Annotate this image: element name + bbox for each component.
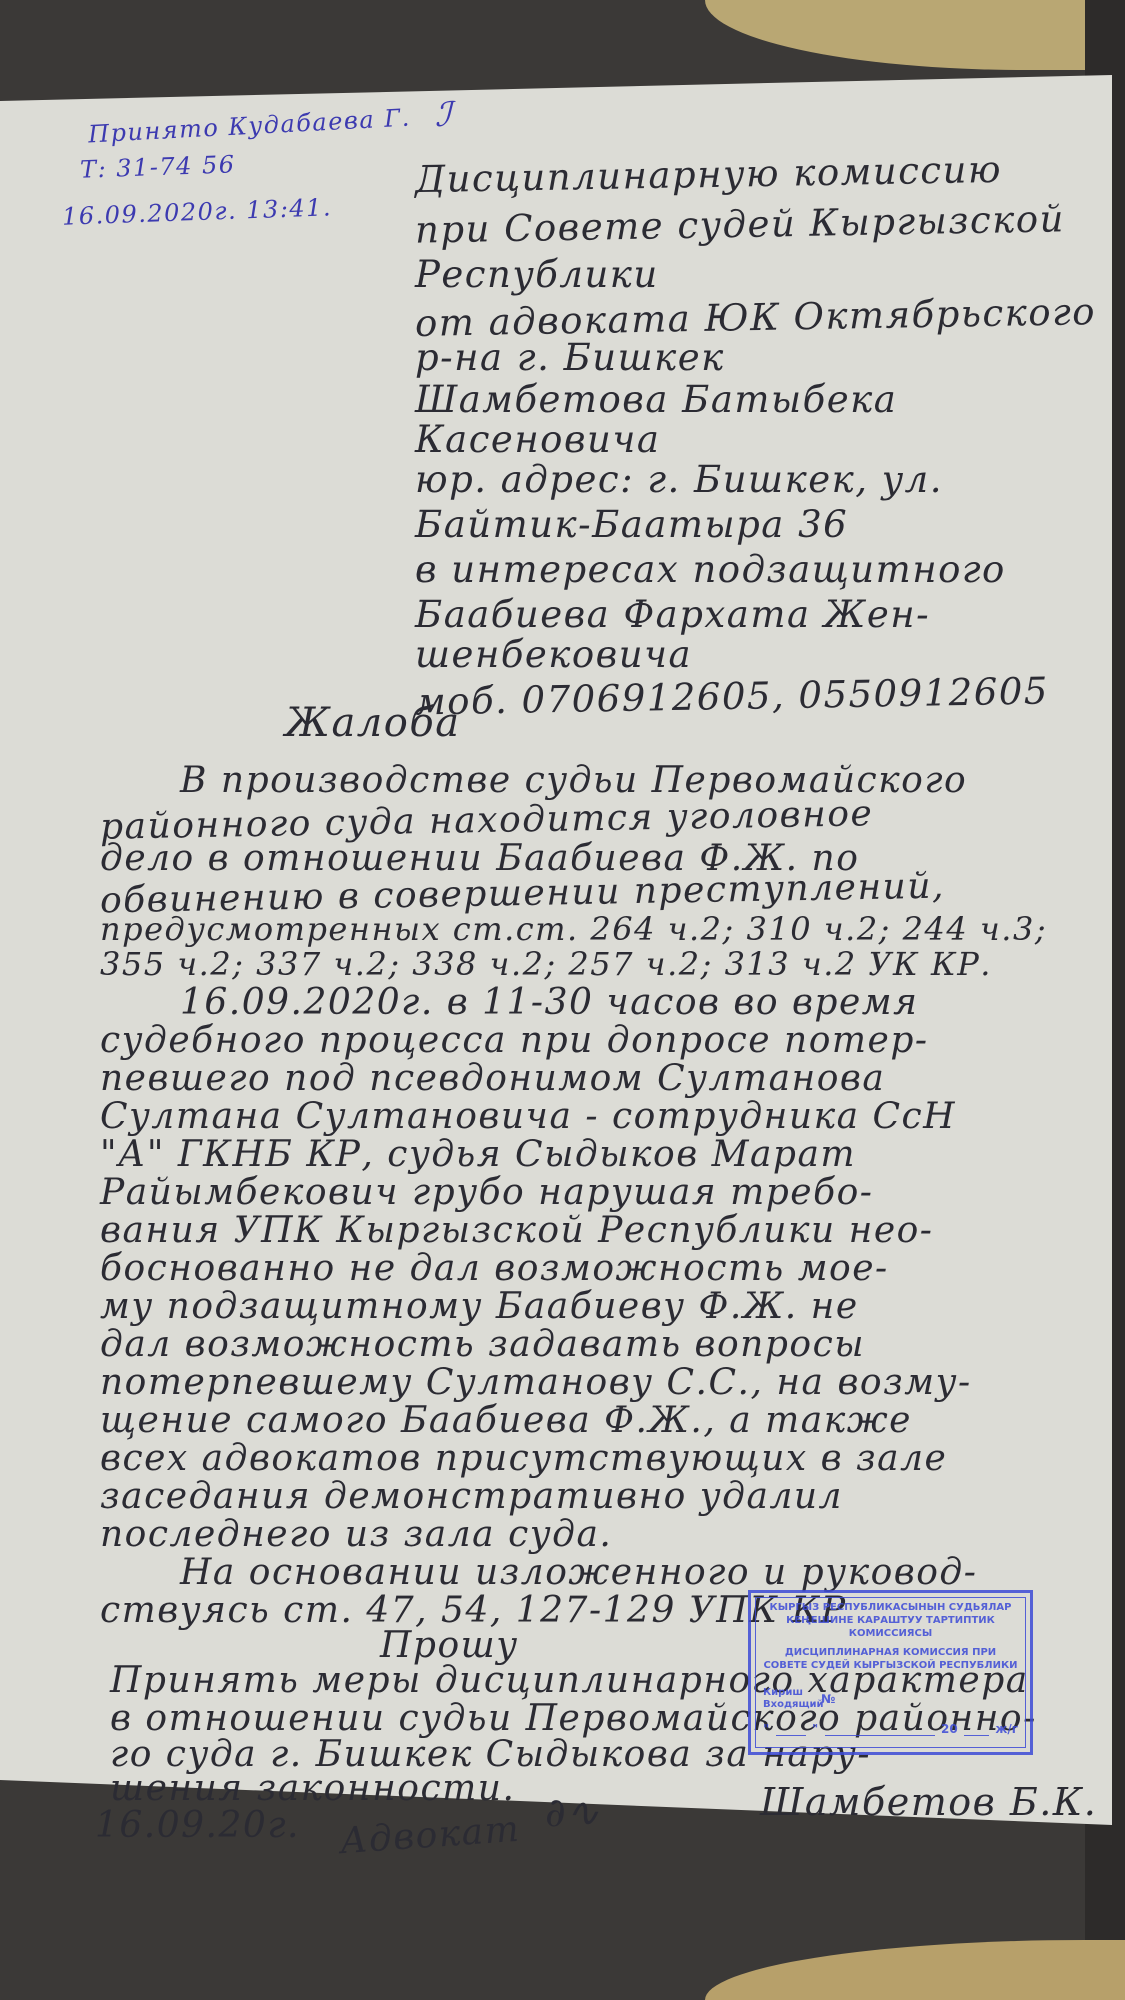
registration-stamp: КЫРГЫЗ РЕСПУБЛИКАСЫНЫН СУДЬЯЛАР КЕҢЕШИНЕ…	[748, 1590, 1033, 1755]
stamp-reg-label: Кириш	[763, 1687, 824, 1699]
stamp-org-line: ДИСЦИПЛИНАРНАЯ КОМИССИЯ ПРИ	[757, 1646, 1024, 1659]
body-line: боснованно не дал возможность мое-	[100, 1248, 889, 1289]
body-line: "А" ГКНБ КР, судья Сыдыков Марат	[100, 1134, 856, 1175]
body-line: всех адвокатов присутствующих в зале	[100, 1438, 947, 1479]
document-title: Жалоба	[285, 700, 461, 746]
stamp-number-label: №	[821, 1693, 835, 1706]
stamp-org-line: КЕҢЕШИНЕ КАРАШТУУ ТАРТИПТИК КОМИССИЯСЫ	[757, 1614, 1024, 1640]
body-line: заседания демонстративно удалил	[100, 1476, 843, 1517]
addressee-line: юр. адрес: г. Бишкек, ул.	[415, 455, 943, 505]
signature-name: Шамбетов Б.К.	[760, 1780, 1097, 1824]
body-line: На основании изложенного и руковод-	[180, 1552, 977, 1593]
stamp-org-line: СОВЕТЕ СУДЕЙ КЫРГЫЗСКОЙ РЕСПУБЛИКИ	[757, 1659, 1024, 1672]
stamp-quote: "	[812, 1723, 818, 1736]
addressee-line: Республики	[415, 250, 659, 300]
signature-label: Адвокат	[339, 1809, 522, 1862]
addressee-line: Байтик-Баатыра 36	[415, 500, 848, 550]
background-wall	[705, 0, 1085, 70]
receipt-phone: Т: 31-74 56	[80, 150, 236, 183]
request-line: шения законности.	[110, 1768, 515, 1809]
body-line: дал возможность задавать вопросы	[100, 1324, 865, 1365]
body-line: 16.09.2020г. в 11-30 часов во время	[180, 982, 918, 1023]
stamp-year-label: 20	[941, 1723, 958, 1736]
body-line: потерпевшему Султанову С.С., на возму-	[100, 1362, 972, 1403]
document-date: 16.09.20г.	[95, 1805, 300, 1846]
stamp-year-suffix: ж/г	[995, 1723, 1018, 1736]
body-line: певшего под псевдонимом Султанова	[100, 1058, 885, 1099]
stamp-reg-label: Входящий	[763, 1699, 824, 1711]
body-line: Райымбекович грубо нарушая требо-	[100, 1172, 873, 1213]
addressee-line: в интересах подзащитного	[415, 545, 1006, 595]
body-line: 355 ч.2; 337 ч.2; 338 ч.2; 257 ч.2; 313 …	[100, 945, 992, 983]
body-line: предусмотренных ст.ст. 264 ч.2; 310 ч.2;…	[100, 910, 1047, 948]
body-line: щение самого Баабиева Ф.Ж., а также	[100, 1400, 912, 1441]
signature-scribble-icon: ∂∿	[545, 1790, 599, 1836]
body-line: последнего из зала суда.	[100, 1514, 612, 1555]
background-floor	[705, 1940, 1125, 2000]
body-line: му подзащитному Баабиеву Ф.Ж. не	[100, 1286, 859, 1327]
body-line: вания УПК Кыргызской Республики нео-	[100, 1210, 933, 1251]
body-line: Султана Султановича - сотрудника СсН	[100, 1096, 956, 1137]
body-line: судебного процесса при допросе потер-	[100, 1020, 929, 1061]
receipt-signature-icon: ℐ	[435, 95, 451, 135]
stamp-org-line: КЫРГЫЗ РЕСПУБЛИКАСЫНЫН СУДЬЯЛАР	[757, 1601, 1024, 1614]
stamp-quote: "	[763, 1723, 769, 1736]
